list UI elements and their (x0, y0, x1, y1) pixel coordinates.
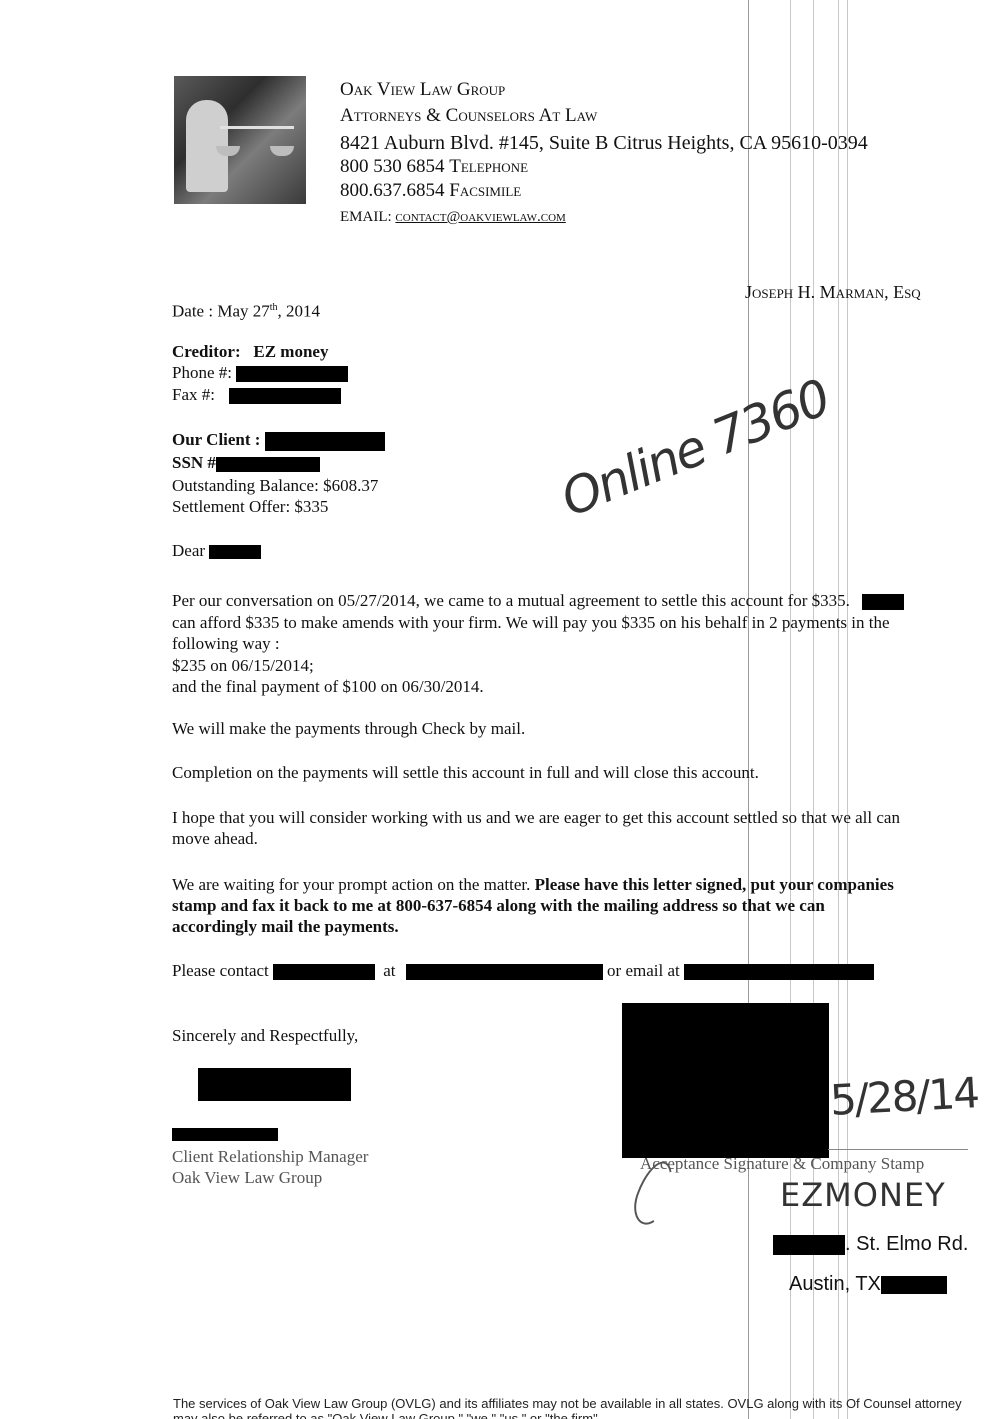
p5-line: accordingly mail the payments. (172, 916, 894, 937)
p1-line: can afford $335 to make amends with your… (172, 612, 904, 634)
fax-number: 800.637.6854 (340, 180, 445, 201)
p5-line: stamp and fax it back to me at 800-637-6… (172, 895, 894, 916)
p5-line: We are waiting for your prompt action on… (172, 874, 894, 895)
firm-phone: 800 530 6854 Telephone (340, 155, 528, 179)
ssn-line: SSN # (172, 453, 320, 473)
signer-org: Oak View Law Group (172, 1168, 322, 1188)
firm-email: EMAIL: contact@oakviewlaw.com (340, 205, 566, 229)
contact-prefix: Please contact (172, 961, 269, 980)
redacted-client (862, 594, 904, 610)
date-suffix: th (270, 302, 278, 313)
redacted-signature (198, 1068, 351, 1101)
handwritten-company: EZMONEY (780, 1176, 946, 1214)
closing: Sincerely and Respectfully, (172, 1026, 358, 1046)
creditor-label: Creditor: (172, 342, 241, 361)
creditor-line: Creditor: EZ money (172, 342, 328, 362)
p4-line: move ahead. (172, 828, 900, 849)
p1-text: Per our conversation on 05/27/2014, we c… (172, 591, 850, 610)
date-year: , 2014 (278, 302, 321, 321)
redacted-signer-name (172, 1128, 278, 1141)
outstanding-balance: Outstanding Balance: $608.37 (172, 476, 378, 496)
creditor-name: EZ money (253, 342, 328, 361)
settlement-offer: Settlement Offer: $335 (172, 497, 328, 517)
redacted-street-number (773, 1235, 845, 1255)
paragraph-4: I hope that you will consider working wi… (172, 807, 900, 849)
p5-bold: Please have this letter signed, put your… (535, 875, 894, 894)
redacted-ssn (216, 457, 320, 472)
phone-label: Phone #: (172, 363, 232, 382)
firm-fax: 800.637.6854 Facsimile (340, 179, 521, 203)
handwritten-annotation: Online 7360 (553, 368, 837, 528)
paragraph-2: We will make the payments through Check … (172, 719, 525, 739)
p4-line: I hope that you will consider working wi… (172, 807, 900, 828)
p1-line: Per our conversation on 05/27/2014, we c… (172, 590, 904, 612)
client-line: Our Client : (172, 430, 385, 451)
attorney-name: Joseph H. Marman, Esq (745, 282, 921, 303)
acceptance-label: Acceptance Signature & Company Stamp (640, 1154, 924, 1174)
firm-name: Oak View Law Group (340, 78, 505, 102)
contact-line: Please contact at or email at (172, 961, 874, 981)
date-label: Date : (172, 302, 217, 321)
redacted-fax (229, 388, 341, 404)
city-state: Austin, TX (789, 1273, 881, 1295)
p5-plain: We are waiting for your prompt action on… (172, 875, 535, 894)
email-label: EMAIL: (340, 209, 392, 225)
signer-title: Client Relationship Manager (172, 1147, 368, 1167)
paragraph-5: We are waiting for your prompt action on… (172, 874, 894, 937)
street-name: . St. Elmo Rd. (845, 1233, 968, 1255)
salutation-text: Dear (172, 541, 205, 560)
footer-disclaimer: The services of Oak View Law Group (OVLG… (173, 1396, 962, 1419)
p1-line: following way : (172, 633, 904, 655)
contact-email-label: or email at (607, 961, 680, 980)
contact-at: at (383, 961, 395, 980)
creditor-phone: Phone #: (172, 363, 348, 383)
p1-line: and the final payment of $100 on 06/30/2… (172, 676, 904, 698)
scan-line (748, 0, 749, 1419)
footer-line: The services of Oak View Law Group (OVLG… (173, 1396, 962, 1411)
client-label: Our Client : (172, 430, 260, 449)
redacted-zip (881, 1276, 947, 1294)
redacted-contact-email (684, 964, 874, 980)
paragraph-3: Completion on the payments will settle t… (172, 763, 759, 783)
creditor-fax: Fax #: (172, 385, 341, 405)
fax-label: Facsimile (449, 180, 521, 201)
redacted-client-name (265, 432, 385, 451)
redacted-name (209, 545, 261, 559)
fax-label: Fax #: (172, 385, 215, 404)
firm-tagline: Attorneys & Counselors At Law (340, 104, 597, 128)
redacted-phone (236, 366, 348, 382)
company-city: Austin, TX (789, 1273, 947, 1296)
redacted-contact-phone (406, 964, 603, 980)
ssn-label: SSN # (172, 453, 216, 472)
letter-date: Date : May 27th, 2014 (172, 298, 320, 322)
lady-justice-logo (174, 76, 306, 204)
salutation: Dear (172, 541, 261, 561)
handwritten-date: 5/28/14 (829, 1068, 979, 1125)
date-value: May 27 (217, 302, 269, 321)
email-link[interactable]: contact@oakviewlaw.com (395, 209, 565, 225)
footer-line: may also be referred to as "Oak View Law… (173, 1411, 962, 1419)
redacted-acceptance-signature (622, 1003, 829, 1158)
signature-line (828, 1149, 968, 1150)
paragraph-1: Per our conversation on 05/27/2014, we c… (172, 590, 904, 698)
p1-line: $235 on 06/15/2014; (172, 655, 904, 677)
redacted-contact-name (273, 964, 375, 980)
phone-label: Telephone (449, 156, 528, 177)
phone-number: 800 530 6854 (340, 156, 445, 177)
firm-address: 8421 Auburn Blvd. #145, Suite B Citrus H… (340, 131, 868, 155)
company-street: . St. Elmo Rd. (773, 1233, 968, 1256)
